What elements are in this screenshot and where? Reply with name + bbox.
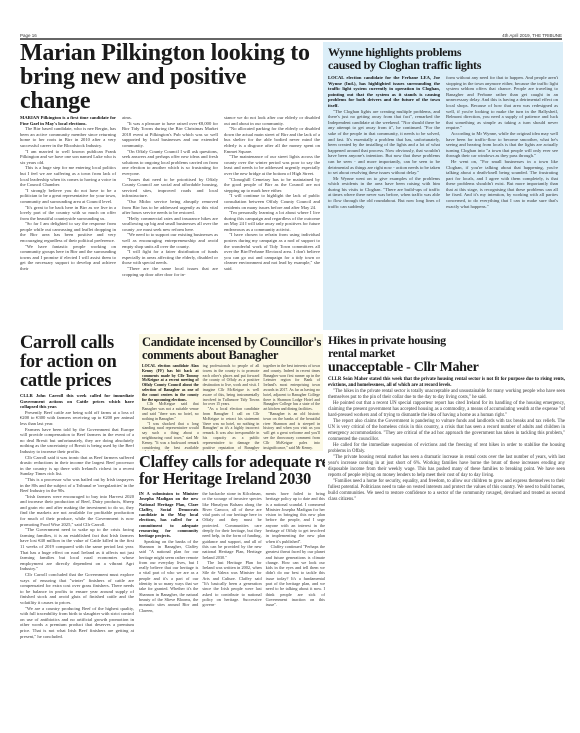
paragraph: ing professionals to people of all towns… xyxy=(203,364,260,407)
column-2: aims."It was a pleasure to have raised o… xyxy=(122,115,218,277)
article-body: LOCAL election candidate Alan Kenny (FF)… xyxy=(142,364,320,451)
column-2: ing professionals to people of all towns… xyxy=(203,364,260,451)
paragraph: This is a huge step for me entering loca… xyxy=(20,165,116,187)
paragraph: Mr Wynne went on to give examples of the… xyxy=(328,176,440,210)
paragraph: "I am married to well known publican Fra… xyxy=(20,149,116,166)
column-2: the backache stone in Kilcolman, or the … xyxy=(202,491,261,613)
article-wynne: Wynne highlights problems caused by Clog… xyxy=(323,42,563,330)
paragraph: ments have failed to bring heritage poli… xyxy=(266,491,325,544)
paragraph: The Birr based candidate, who is nee Ber… xyxy=(20,126,116,148)
paragraph: "I have chosen to refrain from using ind… xyxy=(224,232,320,271)
paragraph: stance we do not look after our elderly … xyxy=(224,115,320,126)
paragraph: "This is a processor who was bailed out … xyxy=(20,477,134,494)
paragraph: "Irish farmers were encouraged to buy in… xyxy=(20,494,134,528)
paragraph: MARIAN Pilkington is a first time candid… xyxy=(20,115,116,126)
article-body: IN A submission to Minister Josepha Madi… xyxy=(139,491,325,613)
headline: Hikes in private housing rental market u… xyxy=(328,334,565,375)
paragraph: "I'm personally learning a lot about whe… xyxy=(224,210,320,232)
paragraph: "The private housing rental market has s… xyxy=(328,455,565,479)
article-claffey: Claffey calls for adequate resources for… xyxy=(139,453,325,733)
paragraph: He pointed out that a recent UN special … xyxy=(328,401,565,419)
paragraph: He called for the immediate suspension o… xyxy=(328,443,565,455)
paragraph: "The Cloghan lights are creating multipl… xyxy=(328,109,440,176)
column-1: LOCAL election candidate Alan Kenny (FF)… xyxy=(142,364,199,451)
column-3: together in the best interests of town a… xyxy=(263,364,320,451)
column-1: LOCAL election candidate for the Ferbane… xyxy=(328,75,440,209)
paragraph: "It was a pleasure to have raised over €… xyxy=(122,121,218,149)
article-kenny: Candidate incensed by Councillor's comme… xyxy=(139,334,323,451)
article-body: CLLR John Carroll this week called for i… xyxy=(20,393,134,639)
paragraph: Claffey continued "Perhaps the greatest … xyxy=(266,544,325,608)
column-1: MARIAN Pilkington is a first time candid… xyxy=(20,115,116,277)
paragraph: "The Government need to wake up to the c… xyxy=(20,527,134,572)
paragraph: The report also claims the Government is… xyxy=(328,419,565,443)
headline: Wynne highlights problems caused by Clog… xyxy=(328,46,558,72)
article-maher: Hikes in private housing rental market u… xyxy=(325,334,565,733)
paragraph: "Clonoghill Cemetary has to be maintaine… xyxy=(224,177,320,194)
paragraph: form without any need for that to happen… xyxy=(446,75,558,131)
paragraph: "I will fight for a fairer distribution … xyxy=(122,249,218,266)
column-3: ments have failed to bring heritage poli… xyxy=(266,491,325,613)
article-pilkington: Marian Pilkington looking to bring new a… xyxy=(20,41,320,331)
paragraph: According to Mr Wynne, while the origina… xyxy=(446,131,558,159)
headline: Marian Pilkington looking to bring new a… xyxy=(20,41,320,113)
paragraph: "I strongly believe you do not have to b… xyxy=(20,188,116,205)
paragraph: "On Offaly County Council I will ask que… xyxy=(122,149,218,177)
paragraph: "Banagher is an old historic town on the… xyxy=(263,412,320,450)
article-body: MARIAN Pilkington is a first time candid… xyxy=(20,115,320,277)
paragraph: "I will continue to highlight the lack o… xyxy=(224,193,320,210)
paragraph: "It's great to be back here in Birr as w… xyxy=(20,205,116,222)
paragraph: "The hikes in the private rental sector … xyxy=(328,389,565,401)
article-body: CLLR Seán Maher stated this week that th… xyxy=(328,377,565,503)
column-2: form without any need for that to happen… xyxy=(446,75,558,209)
lead-paragraph: CLLR John Carroll this week called for i… xyxy=(20,393,134,410)
article-body: LOCAL election candidate for the Ferbane… xyxy=(328,75,558,209)
paragraph: "The maintenance of our street lights ac… xyxy=(224,154,320,176)
paragraph: the backache stone in Kilcolman, or the … xyxy=(202,491,261,560)
lead-paragraph: LOCAL election candidate for the Ferbane… xyxy=(328,75,440,109)
paragraph: Cllr Carroll said it was ironic that as … xyxy=(20,455,134,477)
paragraph: Speaking on the banks of the Shannon in … xyxy=(139,539,198,613)
column-3: stance we do not look after our elderly … xyxy=(224,115,320,277)
header-rule xyxy=(20,38,562,40)
paragraph: Cllr McKeigue said that Banagher was not… xyxy=(142,402,199,421)
paragraph: "We have fantastic people working on com… xyxy=(20,244,116,272)
paragraph: "Families need a home for security, equa… xyxy=(328,479,565,503)
paragraph: together in the best interests of town a… xyxy=(263,364,320,412)
column-1: IN A submission to Minister Josepha Madi… xyxy=(139,491,198,613)
headline: Carroll calls for action on cattle price… xyxy=(20,334,134,391)
paragraph: "Issues that need to be prioritised by O… xyxy=(122,177,218,199)
paragraph: Presently Beef cattle are being sold off… xyxy=(20,410,134,427)
paragraph: "We need to to support our existing busi… xyxy=(122,232,218,249)
headline: Claffey calls for adequate resources for… xyxy=(139,453,325,487)
headline: Candidate incensed by Councillor's comme… xyxy=(142,336,320,362)
paragraph: He went on, "For small businesses in a t… xyxy=(446,159,558,209)
paragraph: "As a local election candidate from Bana… xyxy=(203,407,260,451)
paragraph: Farmers have been told by the Government… xyxy=(20,427,134,455)
article-carroll: Carroll calls for action on cattle price… xyxy=(20,334,134,733)
paragraph: "We are a country producing Beef of the … xyxy=(20,606,134,640)
paragraph: The last Heritage Plan for Ireland was w… xyxy=(202,560,261,608)
paragraph: "I was shocked that a long standing rura… xyxy=(142,422,199,451)
paragraph: "Hefty commercial rates and insurance hi… xyxy=(122,216,218,233)
paragraph: "There are the same local issues that ar… xyxy=(122,266,218,277)
paragraph: Cllr Carroll concluded that the Governme… xyxy=(20,572,134,606)
paragraph: "So far I am delighted to say the respon… xyxy=(20,221,116,243)
paragraph: "Our Midoc service being abruptly remove… xyxy=(122,199,218,216)
paragraph: "No allocated parking for the elderly or… xyxy=(224,126,320,154)
lead-paragraph: CLLR Seán Maher stated this week that th… xyxy=(328,377,565,389)
page-header: Page 16 4th April 2019, THE TRIBUNE xyxy=(20,30,562,38)
